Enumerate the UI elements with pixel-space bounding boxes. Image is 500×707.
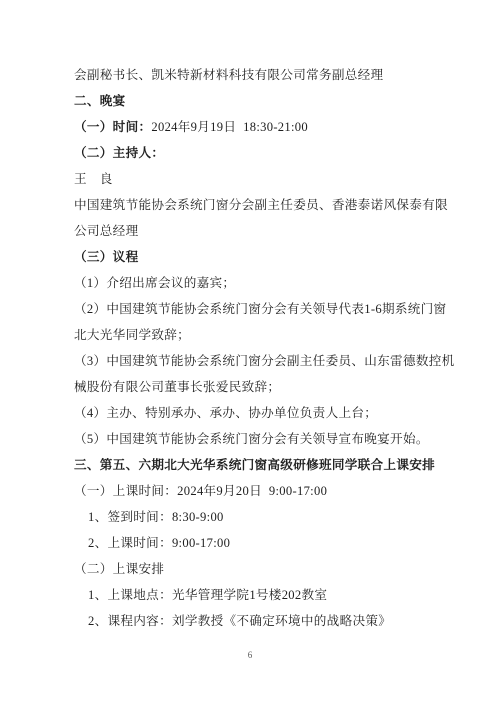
agenda-item-3: （3）中国建筑节能协会系统门窗分会副主任委员、山东雷德数控机 xyxy=(74,348,455,374)
text-line-time: （一）时间：2024年9月19日 18:30-21:00 xyxy=(74,114,455,140)
line-text: 1、上课地点：光华管理学院1号楼202教室 xyxy=(88,588,327,602)
agenda-item-2: （2）中国建筑节能协会系统门窗分会有关领导代表1-6期系统门窗 xyxy=(74,296,455,322)
line-text: 2024年9月19日 18:30-21:00 xyxy=(151,120,308,134)
text-line-host-name: 王 良 xyxy=(74,166,455,192)
agenda-item-1: （1）介绍出席会议的嘉宾； xyxy=(74,270,455,296)
line-text: 王 良 xyxy=(74,172,113,186)
line-text: 北大光华同学致辞； xyxy=(74,328,190,342)
text-line-signin-time: 1、签到时间：8:30-9:00 xyxy=(74,504,455,530)
line-bold-text: 二、晚宴 xyxy=(74,94,126,108)
line-bold-text: 三、第五、六期北大光华系统门窗高级研修班同学联合上课安排 xyxy=(74,458,435,472)
line-text: （5）中国建筑节能协会系统门窗分会有关领导宣布晚宴开始。 xyxy=(74,432,429,446)
line-text: （一）上课时间：2024年9月20日 9:00-17:00 xyxy=(74,484,327,498)
text-line-host-title-cont: 公司总经理 xyxy=(74,218,455,244)
line-text: 公司总经理 xyxy=(74,224,138,238)
line-text: 中国建筑节能协会系统门窗分会副主任委员、香港泰诺风保泰有限 xyxy=(74,198,448,212)
agenda-item-5: （5）中国建筑节能协会系统门窗分会有关领导宣布晚宴开始。 xyxy=(74,426,455,452)
line-text: （2）中国建筑节能协会系统门窗分会有关领导代表1-6期系统门窗 xyxy=(74,302,446,316)
text-line-class-arrangement: （二）上课安排 xyxy=(74,556,455,582)
page-number: 6 xyxy=(0,650,500,660)
text-line-host-label: （二）主持人： xyxy=(74,140,455,166)
line-text: 2、课程内容：刘学教授《不确定环境中的战略决策》 xyxy=(88,614,391,628)
line-text: 1、签到时间：8:30-9:00 xyxy=(88,510,224,524)
document-page: 会副秘书长、凯米特新材料科技有限公司常务副总经理 二、晚宴 （一）时间：2024… xyxy=(0,0,500,707)
text-line-continuation: 会副秘书长、凯米特新材料科技有限公司常务副总经理 xyxy=(74,62,455,88)
line-text: 2、上课时间：9:00-17:00 xyxy=(88,536,230,550)
document-body: 会副秘书长、凯米特新材料科技有限公司常务副总经理 二、晚宴 （一）时间：2024… xyxy=(74,62,455,634)
line-text: （1）介绍出席会议的嘉宾； xyxy=(74,276,235,290)
text-line-lesson-time: 2、上课时间：9:00-17:00 xyxy=(74,530,455,556)
agenda-item-4: （4）主办、特别承办、承办、协办单位负责人上台； xyxy=(74,400,455,426)
line-text: 械股份有限公司董事长张爱民致辞； xyxy=(74,380,280,394)
line-text: 会副秘书长、凯米特新材料科技有限公司常务副总经理 xyxy=(74,68,383,82)
line-text: （3）中国建筑节能协会系统门窗分会副主任委员、山东雷德数控机 xyxy=(74,354,455,368)
text-line-agenda-label: （三）议程 xyxy=(74,244,455,270)
text-line-course-content: 2、课程内容：刘学教授《不确定环境中的战略决策》 xyxy=(74,608,455,634)
text-line-class-time: （一）上课时间：2024年9月20日 9:00-17:00 xyxy=(74,478,455,504)
line-bold-text: （三）议程 xyxy=(74,250,138,264)
line-text: （4）主办、特别承办、承办、协办单位负责人上台； xyxy=(74,406,377,420)
line-bold-text: （二）主持人： xyxy=(74,146,164,160)
line-bold-text: （一）时间： xyxy=(74,120,151,134)
line-text: （二）上课安排 xyxy=(74,562,164,576)
section-heading-dinner: 二、晚宴 xyxy=(74,88,455,114)
agenda-item-2-cont: 北大光华同学致辞； xyxy=(74,322,455,348)
agenda-item-3-cont: 械股份有限公司董事长张爱民致辞； xyxy=(74,374,455,400)
text-line-class-location: 1、上课地点：光华管理学院1号楼202教室 xyxy=(74,582,455,608)
text-line-host-title: 中国建筑节能协会系统门窗分会副主任委员、香港泰诺风保泰有限 xyxy=(74,192,455,218)
section-heading-class-schedule: 三、第五、六期北大光华系统门窗高级研修班同学联合上课安排 xyxy=(74,452,455,478)
